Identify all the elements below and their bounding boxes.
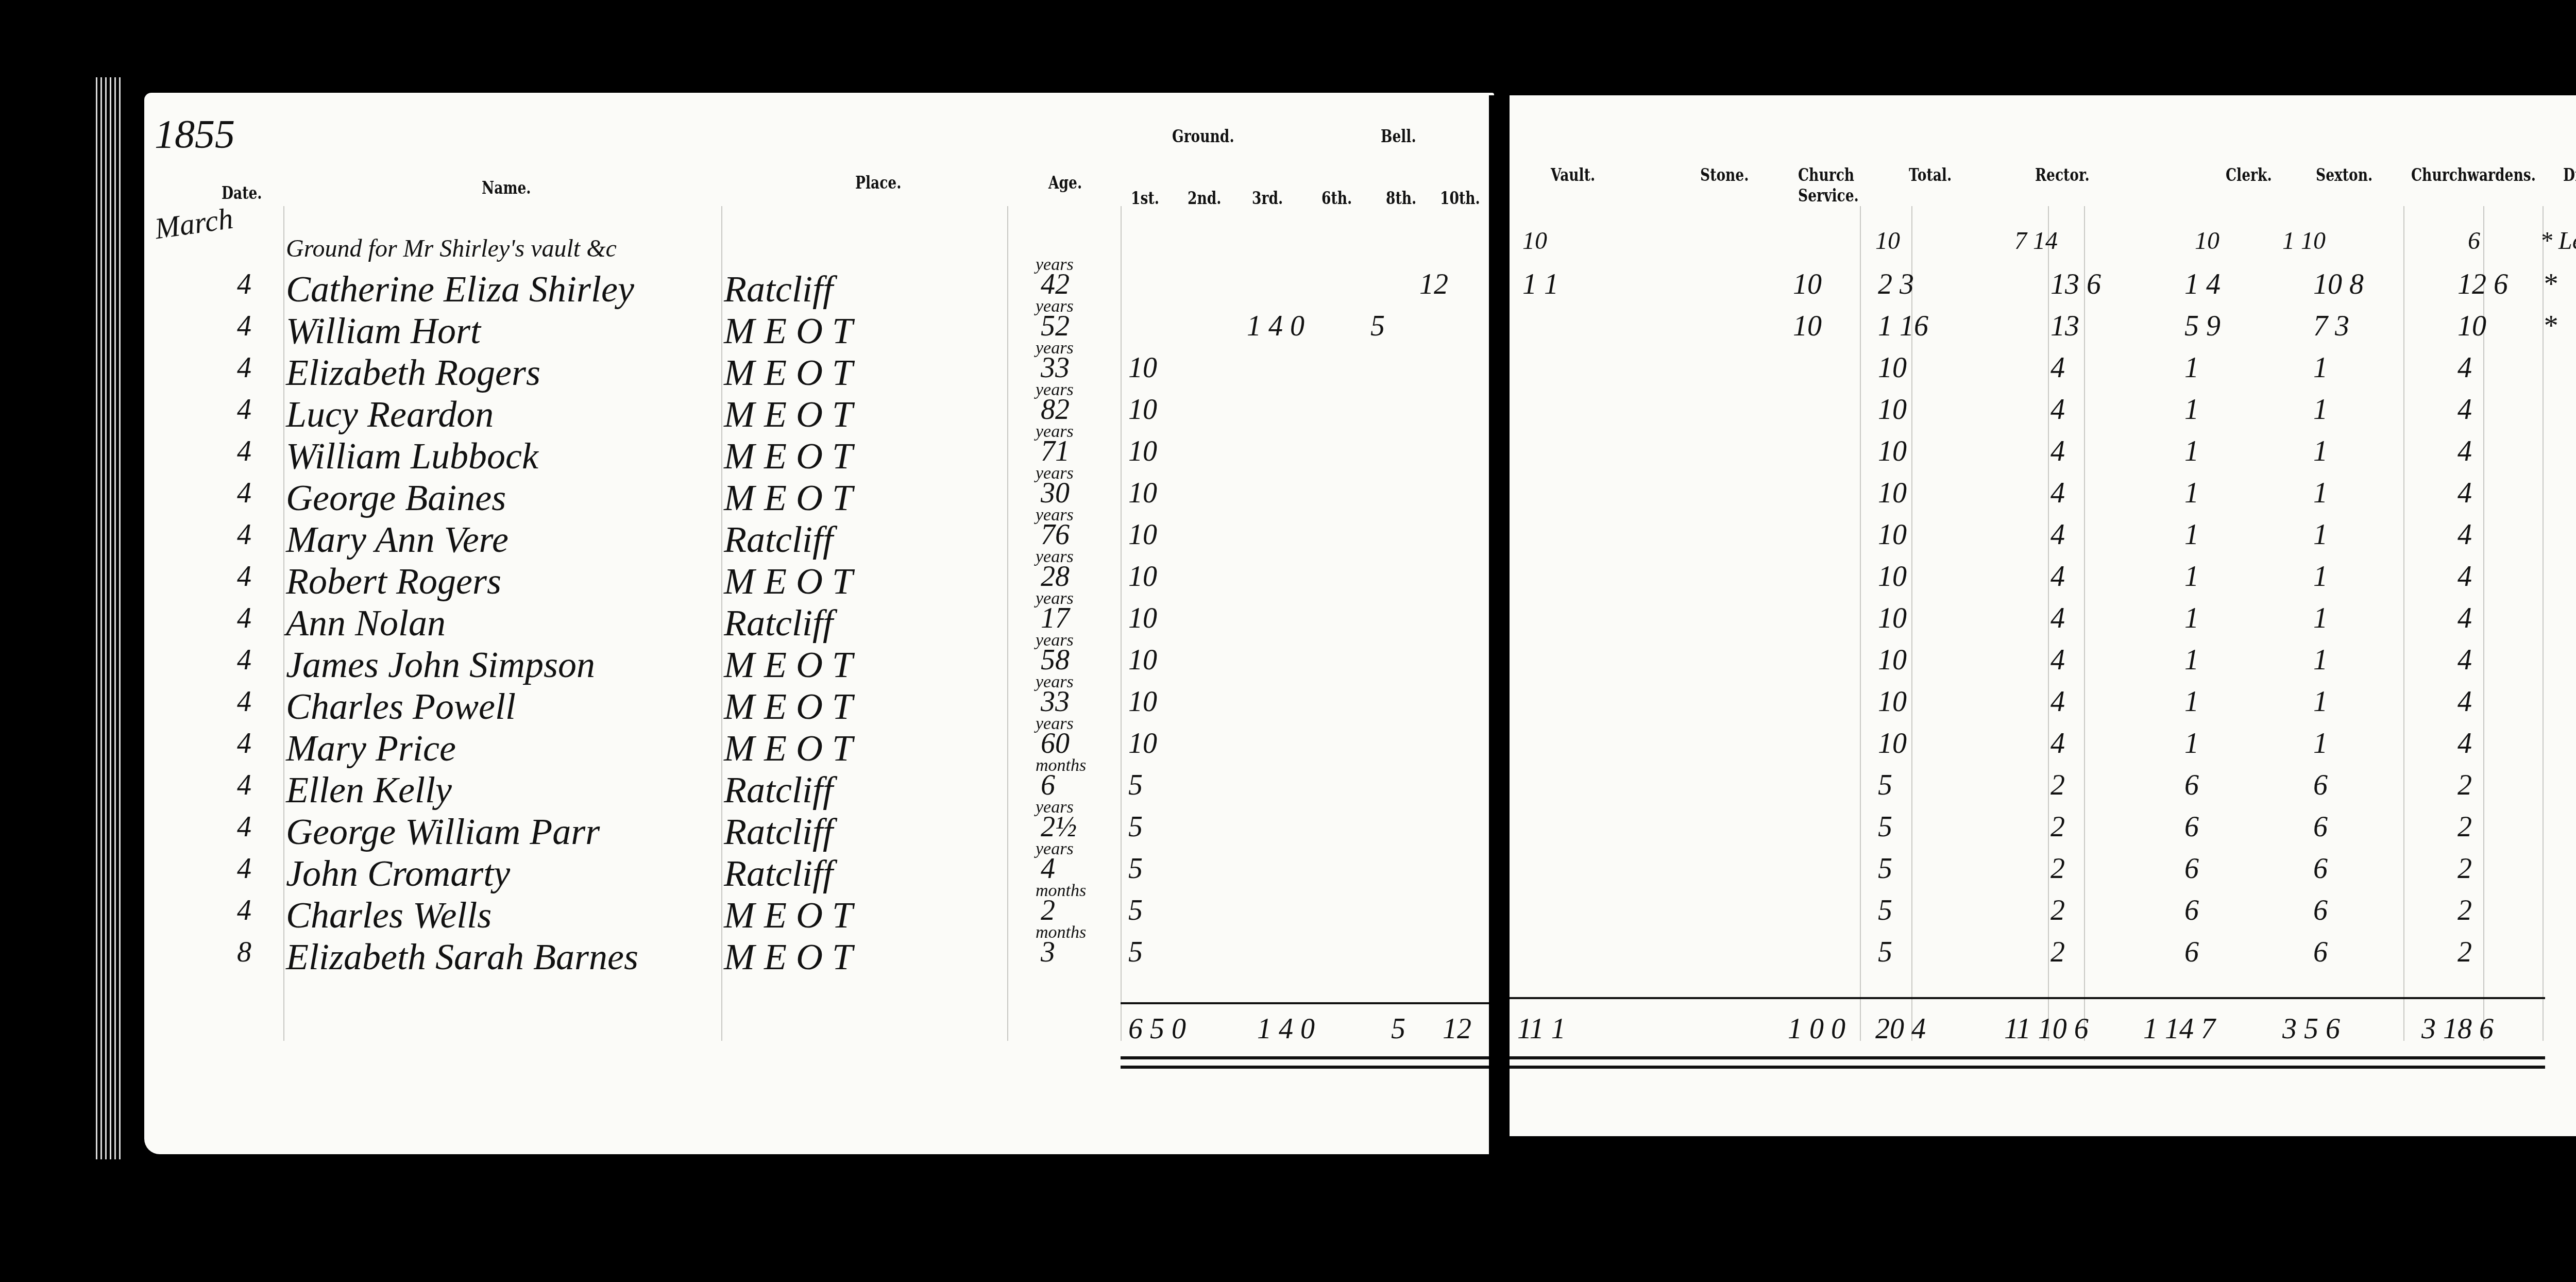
entry-church-service: 10 (1793, 268, 1822, 301)
entry-total: 5 (1878, 769, 1892, 802)
total-double-rule (1121, 1056, 1489, 1059)
entry-name: Charles Powell (286, 685, 516, 728)
entry-clerk: 6 (2184, 769, 2199, 802)
entry-place: Ratcliff (724, 268, 833, 311)
entry-place: Ratcliff (724, 852, 833, 895)
entry-age-unit: years (1036, 464, 1074, 483)
entry-clerk: 5 9 (2184, 310, 2221, 343)
entry-date: 4 (237, 602, 251, 635)
header-ground-3rd: 3rd. (1252, 188, 1283, 209)
entry-name: James John Simpson (286, 644, 595, 686)
entry-total: 10 (1878, 644, 1907, 677)
entry-date: 4 (237, 477, 251, 510)
entry-date: 4 (237, 310, 251, 343)
entry-sexton: 7 3 (2313, 310, 2349, 343)
column-rule (1121, 206, 1122, 1041)
entry-clerk: 1 (2184, 477, 2199, 510)
entry-rector: 4 (2050, 602, 2065, 635)
entry-age-unit: years (1036, 839, 1074, 859)
entry-total: 10 (1878, 477, 1907, 510)
column-rule (1860, 206, 1861, 1041)
note-row-total: 10 (1875, 227, 1900, 255)
entry-clerk: 1 (2184, 393, 2199, 426)
note-row-vault: 10 (1522, 227, 1547, 255)
entry-total: 10 (1878, 727, 1907, 760)
entry-ground-6th: 5 (1370, 310, 1385, 343)
entry-age-unit: years (1036, 798, 1074, 817)
entry-name: George William Parr (286, 811, 600, 853)
entry-clerk: 1 (2184, 518, 2199, 551)
entry-name: Ellen Kelly (286, 769, 452, 812)
entry-clerk: 1 (2184, 435, 2199, 468)
entry-sexton: 6 (2313, 936, 2328, 969)
entry-age-unit: years (1036, 380, 1074, 400)
entry-rector: 4 (2050, 393, 2065, 426)
entry-rector: 4 (2050, 351, 2065, 384)
column-rule (2084, 206, 2085, 1041)
entry-sexton: 6 (2313, 852, 2328, 885)
header-church-service: Church Service. (1798, 165, 1846, 206)
entry-place: M E O T (724, 894, 853, 937)
entry-place: M E O T (724, 310, 853, 352)
entry-name: Catherine Eliza Shirley (286, 268, 634, 311)
header-total: Total. (1909, 165, 1952, 185)
total-bell-10th: 12 (1443, 1013, 1471, 1045)
entry-name: Ann Nolan (286, 602, 446, 645)
header-age: Age. (1048, 173, 1082, 193)
entry-age-unit: years (1036, 714, 1074, 734)
total-churchwardens: 3 18 6 (2421, 1013, 2494, 1045)
subtotal-rule (1510, 997, 2545, 999)
entry-rector: 2 (2050, 811, 2065, 844)
entry-age-unit: months (1036, 756, 1086, 775)
entry-sexton: 10 8 (2313, 268, 2364, 301)
header-date: Date. (222, 183, 262, 204)
entry-date: 4 (237, 727, 251, 760)
entry-age-unit: years (1036, 255, 1074, 275)
column-rule (721, 206, 722, 1041)
entry-ground-3rd: 1 4 0 (1247, 310, 1304, 343)
entry-name: Robert Rogers (286, 560, 501, 603)
entry-name: John Cromarty (286, 852, 510, 895)
entry-sexton: 6 (2313, 769, 2328, 802)
entry-age-unit: years (1036, 547, 1074, 567)
entry-ground-1st: 5 (1128, 811, 1143, 844)
note-row-churchwardens: 6 (2468, 227, 2480, 255)
entry-date: 4 (237, 268, 251, 301)
entry-total: 10 (1878, 351, 1907, 384)
entry-churchwardens: 2 (2458, 811, 2472, 844)
entry-churchwardens: 10 (2458, 310, 2486, 343)
entry-age-unit: months (1036, 881, 1086, 901)
entry-clerk: 6 (2184, 852, 2199, 885)
header-rector: Rector. (2035, 165, 2090, 185)
entry-sexton: 1 (2313, 477, 2328, 510)
entry-sexton: 1 (2313, 435, 2328, 468)
header-vault: Vault. (1551, 165, 1595, 185)
entry-churchwardens: 2 (2458, 894, 2472, 927)
entry-rector: 2 (2050, 852, 2065, 885)
entry-total: 5 (1878, 936, 1892, 969)
entry-churchwardens: 4 (2458, 602, 2472, 635)
entry-churchwardens: 4 (2458, 644, 2472, 677)
entry-rector: 4 (2050, 518, 2065, 551)
entry-churchwardens: 4 (2458, 560, 2472, 593)
entry-ground-1st: 10 (1128, 727, 1157, 760)
entry-sexton: 1 (2313, 727, 2328, 760)
entry-rector: 13 (2050, 310, 2079, 343)
header-place: Place. (855, 173, 901, 193)
entry-rector: 2 (2050, 769, 2065, 802)
note-row-disbursements: * Less £1-2-14 (2540, 227, 2576, 255)
entry-rector: 4 (2050, 435, 2065, 468)
total-vault: 11 1 (1517, 1013, 1566, 1045)
entry-vault: 1 1 (1522, 268, 1558, 301)
entry-name: Charles Wells (286, 894, 492, 937)
note-row-clerk: 10 (2195, 227, 2219, 255)
entry-place: M E O T (724, 351, 853, 394)
register-year: 1855 (155, 111, 235, 157)
entry-name: William Hort (286, 310, 481, 352)
entry-sexton: 1 (2313, 351, 2328, 384)
entry-ground-1st: 10 (1128, 518, 1157, 551)
entry-churchwardens: 12 6 (2458, 268, 2508, 301)
header-stone: Stone. (1700, 165, 1749, 185)
column-rule (283, 206, 284, 1041)
entry-ground-1st: 5 (1128, 852, 1143, 885)
entry-age-unit: months (1036, 923, 1086, 942)
entry-rector: 13 6 (2050, 268, 2101, 301)
entry-date: 4 (237, 351, 251, 384)
entry-name: Lucy Reardon (286, 393, 494, 436)
entry-clerk: 1 (2184, 560, 2199, 593)
total-ground-1st: 6 5 0 (1128, 1013, 1186, 1045)
entry-date: 8 (237, 936, 251, 969)
header-churchwardens: Churchwardens. (2411, 165, 2536, 185)
entry-clerk: 1 4 (2184, 268, 2221, 301)
entry-ground-1st: 5 (1128, 769, 1143, 802)
entry-name: Mary Ann Vere (286, 518, 509, 561)
entry-date: 4 (237, 894, 251, 927)
entry-clerk: 1 (2184, 351, 2199, 384)
entry-sexton: 1 (2313, 518, 2328, 551)
entry-ground-1st: 10 (1128, 435, 1157, 468)
total-sexton: 3 5 6 (2282, 1013, 2340, 1045)
total-double-rule (1510, 1056, 2545, 1059)
entry-date: 4 (237, 518, 251, 551)
entry-clerk: 1 (2184, 685, 2199, 718)
entry-name: Mary Price (286, 727, 456, 770)
header-name: Name. (482, 178, 531, 198)
entry-disbursements: * (2543, 310, 2557, 343)
header-ground-6th: 6th. (1321, 188, 1352, 209)
entry-place: M E O T (724, 435, 853, 478)
entry-place: Ratcliff (724, 602, 833, 645)
entry-rector: 4 (2050, 727, 2065, 760)
entry-churchwardens: 2 (2458, 769, 2472, 802)
entry-date: 4 (237, 852, 251, 885)
entry-age-unit: years (1036, 339, 1074, 358)
entry-rector: 4 (2050, 644, 2065, 677)
entry-ground-1st: 10 (1128, 560, 1157, 593)
entry-clerk: 6 (2184, 894, 2199, 927)
entry-sexton: 1 (2313, 560, 2328, 593)
total-church-service: 1 0 0 (1788, 1013, 1845, 1045)
entry-age-unit: years (1036, 297, 1074, 316)
entry-age-unit: years (1036, 631, 1074, 650)
entry-place: Ratcliff (724, 518, 833, 561)
entry-clerk: 1 (2184, 602, 2199, 635)
column-rule (2403, 206, 2404, 1041)
header-bell-10th: 10th. (1440, 188, 1480, 209)
entry-sexton: 1 (2313, 644, 2328, 677)
entry-sexton: 6 (2313, 894, 2328, 927)
entry-total: 5 (1878, 811, 1892, 844)
entry-total: 5 (1878, 852, 1892, 885)
header-ground-1st: 1st. (1131, 188, 1159, 209)
entry-date: 4 (237, 435, 251, 468)
column-rule (2048, 206, 2049, 1041)
entry-clerk: 1 (2184, 727, 2199, 760)
entry-rector: 4 (2050, 685, 2065, 718)
entry-rector: 4 (2050, 477, 2065, 510)
entry-total: 10 (1878, 435, 1907, 468)
entry-date: 4 (237, 769, 251, 802)
entry-ground-1st: 10 (1128, 477, 1157, 510)
entry-age-unit: years (1036, 589, 1074, 609)
entry-sexton: 6 (2313, 811, 2328, 844)
entry-total: 2 3 (1878, 268, 1914, 301)
entry-total: 1 16 (1878, 310, 1928, 343)
total-double-rule (1121, 1066, 1489, 1069)
entry-churchwardens: 4 (2458, 435, 2472, 468)
entry-sexton: 1 (2313, 685, 2328, 718)
entry-disbursements: * (2543, 268, 2557, 301)
header-ground: Ground. (1172, 126, 1234, 147)
header-ground-2nd: 2nd. (1188, 188, 1222, 209)
entry-sexton: 1 (2313, 393, 2328, 426)
entry-place: M E O T (724, 560, 853, 603)
total-double-rule (1510, 1066, 2545, 1069)
entry-rector: 4 (2050, 560, 2065, 593)
entry-sexton: 1 (2313, 602, 2328, 635)
page-gutter (1489, 95, 1510, 1157)
entry-name: Elizabeth Rogers (286, 351, 540, 394)
entry-clerk: 1 (2184, 644, 2199, 677)
entry-name: Elizabeth Sarah Barnes (286, 936, 638, 979)
entry-churchwardens: 4 (2458, 727, 2472, 760)
entry-churchwardens: 2 (2458, 936, 2472, 969)
entry-date: 4 (237, 685, 251, 718)
column-rule (1007, 206, 1008, 1041)
entry-rector: 2 (2050, 894, 2065, 927)
entry-name: George Baines (286, 477, 506, 519)
header-sexton: Sexton. (2316, 165, 2372, 185)
entry-clerk: 6 (2184, 936, 2199, 969)
book-edge (93, 77, 124, 1159)
header-disbursements: Disbursements. (2563, 165, 2576, 185)
entry-churchwardens: 2 (2458, 852, 2472, 885)
total-total: 20 4 (1875, 1013, 1926, 1045)
entry-date: 4 (237, 393, 251, 426)
total-ground-3rd: 1 4 0 (1257, 1013, 1315, 1045)
entry-age-unit: years (1036, 505, 1074, 525)
entry-churchwardens: 4 (2458, 518, 2472, 551)
total-rector: 11 10 6 (2004, 1013, 2089, 1045)
header-bell: Bell. (1381, 126, 1416, 147)
entry-church-service: 10 (1793, 310, 1822, 343)
entry-ground-1st: 10 (1128, 644, 1157, 677)
entry-churchwardens: 4 (2458, 351, 2472, 384)
entry-date: 4 (237, 811, 251, 844)
entry-place: M E O T (724, 685, 853, 728)
entry-ground-1st: 10 (1128, 685, 1157, 718)
entry-churchwardens: 4 (2458, 685, 2472, 718)
entry-clerk: 6 (2184, 811, 2199, 844)
total-ground-6th: 5 (1391, 1013, 1405, 1045)
entry-churchwardens: 4 (2458, 393, 2472, 426)
header-bell-8th: 8th. (1386, 188, 1416, 209)
entry-ground-1st: 10 (1128, 602, 1157, 635)
entry-bell-10th: 12 (1419, 268, 1448, 301)
entry-place: Ratcliff (724, 769, 833, 812)
entry-total: 10 (1878, 518, 1907, 551)
entry-ground-1st: 10 (1128, 393, 1157, 426)
entry-ground-1st: 5 (1128, 936, 1143, 969)
entry-total: 10 (1878, 393, 1907, 426)
entry-place: M E O T (724, 393, 853, 436)
entry-date: 4 (237, 560, 251, 593)
entry-name: William Lubbock (286, 435, 538, 478)
entry-ground-1st: 5 (1128, 894, 1143, 927)
total-clerk: 1 14 7 (2143, 1013, 2215, 1045)
entry-rector: 2 (2050, 936, 2065, 969)
entry-place: M E O T (724, 644, 853, 686)
header-clerk: Clerk. (2226, 165, 2272, 185)
entry-place: M E O T (724, 477, 853, 519)
entry-age-unit: years (1036, 672, 1074, 692)
entry-total: 10 (1878, 685, 1907, 718)
note-row-sexton: 1 10 (2282, 227, 2326, 255)
entry-total: 10 (1878, 560, 1907, 593)
entry-place: M E O T (724, 727, 853, 770)
entry-churchwardens: 4 (2458, 477, 2472, 510)
entry-total: 5 (1878, 894, 1892, 927)
entry-age-unit: years (1036, 422, 1074, 442)
entry-place: M E O T (724, 936, 853, 979)
entry-ground-1st: 10 (1128, 351, 1157, 384)
entry-total: 10 (1878, 602, 1907, 635)
note-row-rector: 7 14 (2014, 227, 2058, 255)
subtotal-rule (1121, 1002, 1489, 1004)
entry-date: 4 (237, 644, 251, 677)
note-row-text: Ground for Mr Shirley's vault &c (286, 234, 617, 263)
entry-place: Ratcliff (724, 811, 833, 853)
